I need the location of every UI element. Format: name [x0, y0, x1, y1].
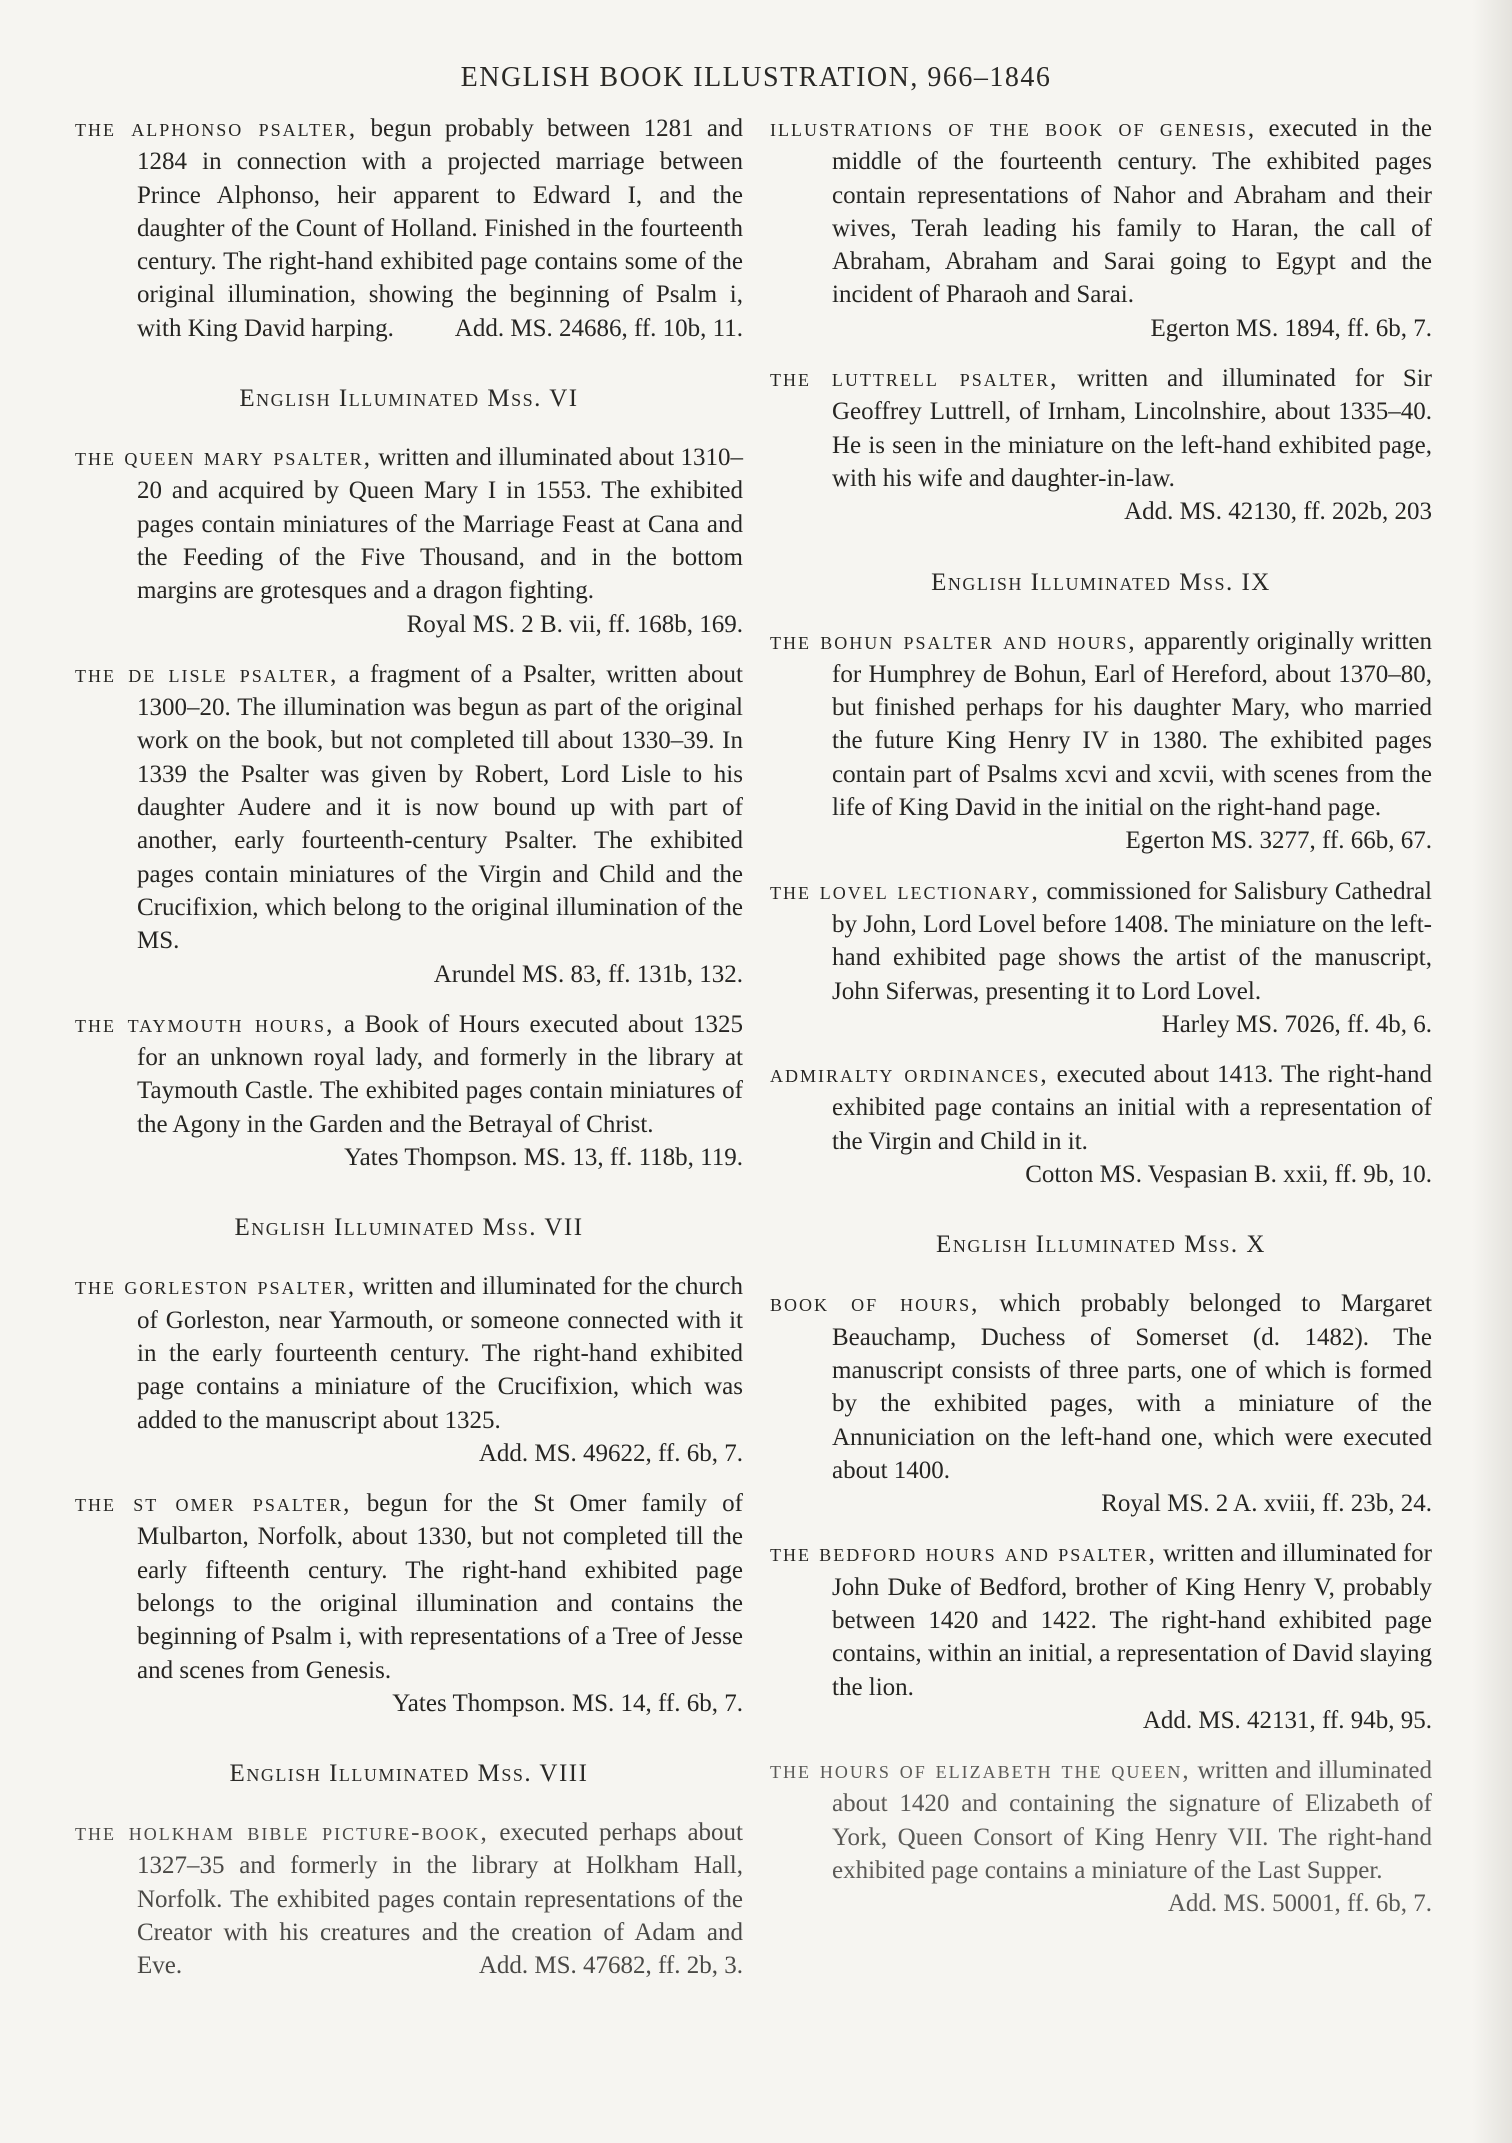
entry-title: THE HOLKHAM BIBLE PICTURE-BOOK,: [75, 1819, 489, 1846]
entry-title: THE DE LISLE PSALTER,: [75, 661, 338, 688]
entry-title: THE ST OMER PSALTER,: [75, 1490, 351, 1517]
entry-title: THE QUEEN MARY PSALTER,: [75, 444, 372, 471]
manuscript-reference: Add. MS. 42130, ff. 202b, 203: [832, 495, 1432, 528]
left-column: THE ALPHONSO PSALTER, begun probably bet…: [75, 112, 743, 2000]
section-heading: English Illuminated Mss. IX: [770, 569, 1432, 597]
catalogue-entry: BOOK OF HOURS, which probably belonged t…: [770, 1287, 1432, 1520]
manuscript-reference: Royal MS. 2 B. vii, ff. 168b, 169.: [407, 608, 743, 641]
catalogue-entry: THE TAYMOUTH HOURS, a Book of Hours exec…: [75, 1008, 743, 1174]
manuscript-reference: Cotton MS. Vespasian B. xxii, ff. 9b, 10…: [832, 1158, 1432, 1191]
entry-title: THE TAYMOUTH HOURS,: [75, 1011, 334, 1038]
entry-title: THE BOHUN PSALTER AND HOURS,: [770, 628, 1137, 655]
catalogue-entry: THE HOURS OF ELIZABETH THE QUEEN, writte…: [770, 1754, 1432, 1920]
entry-title: THE BEDFORD HOURS AND PSALTER,: [770, 1540, 1157, 1567]
section-heading: English Illuminated Mss. VII: [75, 1214, 743, 1242]
catalogue-entry: THE LOVEL LECTIONARY, commissioned for S…: [770, 875, 1432, 1041]
catalogue-entry: THE DE LISLE PSALTER, a fragment of a Ps…: [75, 658, 743, 991]
manuscript-reference: Egerton MS. 3277, ff. 66b, 67.: [832, 824, 1432, 857]
catalogue-entry: THE ALPHONSO PSALTER, begun probably bet…: [75, 112, 743, 345]
manuscript-reference: Yates Thompson. MS. 14, ff. 6b, 7.: [137, 1687, 743, 1720]
manuscript-reference: Add. MS. 24686, ff. 10b, 11.: [455, 312, 743, 345]
manuscript-reference: Add. MS. 47682, ff. 2b, 3.: [479, 1949, 743, 1982]
entry-description: which probably belonged to Margaret Beau…: [832, 1290, 1432, 1483]
catalogue-entry: ADMIRALTY ORDINANCES, executed about 141…: [770, 1058, 1432, 1191]
page-edge-shadow: [1472, 0, 1512, 2143]
catalogue-entry: THE GORLESTON PSALTER, written and illum…: [75, 1270, 743, 1470]
entry-title: ADMIRALTY ORDINANCES,: [770, 1061, 1049, 1088]
right-column: ILLUSTRATIONS OF THE BOOK OF GENESIS, ex…: [770, 112, 1432, 1938]
manuscript-reference: Egerton MS. 1894, ff. 6b, 7.: [832, 312, 1432, 345]
entry-title: THE GORLESTON PSALTER,: [75, 1273, 356, 1300]
manuscript-reference: Add. MS. 50001, ff. 6b, 7.: [1168, 1887, 1432, 1920]
entry-title: THE LOVEL LECTIONARY,: [770, 878, 1040, 905]
entry-description: begun probably between 1281 and 1284 in …: [137, 115, 743, 342]
entry-title: BOOK OF HOURS,: [770, 1290, 979, 1317]
manuscript-reference: Add. MS. 42131, ff. 94b, 95.: [832, 1704, 1432, 1737]
section-heading: English Illuminated Mss. X: [770, 1231, 1432, 1259]
running-head: ENGLISH BOOK ILLUSTRATION, 966–1846: [0, 62, 1512, 94]
entry-description: executed in the middle of the fourteenth…: [832, 115, 1432, 308]
entry-title: THE HOURS OF ELIZABETH THE QUEEN,: [770, 1757, 1191, 1784]
section-heading: English Illuminated Mss. VIII: [75, 1760, 743, 1788]
entry-title: THE ALPHONSO PSALTER,: [75, 115, 357, 142]
entry-description: apparently originally written for Humphr…: [832, 628, 1432, 821]
manuscript-reference: Yates Thompson. MS. 13, ff. 118b, 119.: [137, 1141, 743, 1174]
catalogue-entry: THE QUEEN MARY PSALTER, written and illu…: [75, 441, 743, 641]
manuscript-reference: Royal MS. 2 A. xviii, ff. 23b, 24.: [832, 1487, 1432, 1520]
manuscript-reference: Arundel MS. 83, ff. 131b, 132.: [137, 958, 743, 991]
catalogue-entry: THE HOLKHAM BIBLE PICTURE-BOOK, executed…: [75, 1816, 743, 1982]
catalogue-entry: THE BEDFORD HOURS AND PSALTER, written a…: [770, 1537, 1432, 1737]
manuscript-reference: Harley MS. 7026, ff. 4b, 6.: [1162, 1008, 1432, 1041]
catalogue-entry: ILLUSTRATIONS OF THE BOOK OF GENESIS, ex…: [770, 112, 1432, 345]
entry-title: ILLUSTRATIONS OF THE BOOK OF GENESIS,: [770, 115, 1256, 142]
entry-title: THE LUTTRELL PSALTER,: [770, 365, 1058, 392]
entry-description: begun for the St Omer family of Mulbarto…: [137, 1490, 743, 1683]
manuscript-reference: Add. MS. 49622, ff. 6b, 7.: [479, 1437, 743, 1470]
catalogue-entry: THE ST OMER PSALTER, begun for the St Om…: [75, 1487, 743, 1720]
catalogue-entry: THE BOHUN PSALTER AND HOURS, apparently …: [770, 625, 1432, 858]
catalogue-entry: THE LUTTRELL PSALTER, written and illumi…: [770, 362, 1432, 528]
section-heading: English Illuminated Mss. VI: [75, 385, 743, 413]
entry-description: a fragment of a Psalter, written about 1…: [137, 661, 743, 954]
